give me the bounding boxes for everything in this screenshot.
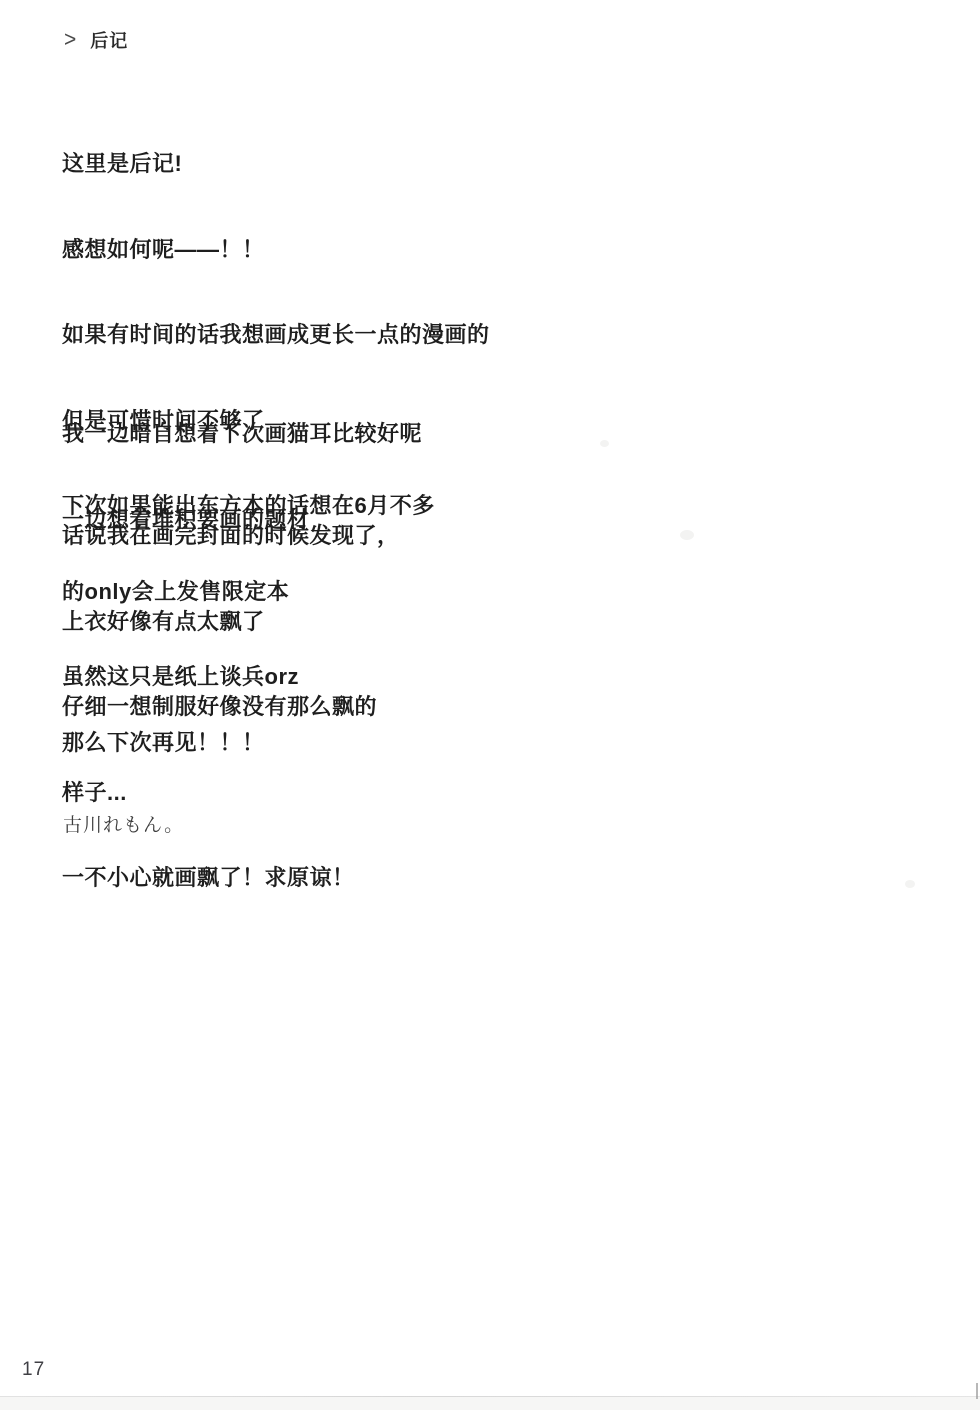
page-number: 17	[22, 1359, 45, 1381]
text-line: 感想如何呢——！！	[62, 236, 490, 265]
page-title: 后记	[90, 27, 128, 53]
text-line: 上衣好像有点太飘了	[62, 608, 400, 637]
text-line: 那么下次再见！！！	[62, 729, 265, 758]
author-signature: 古川れもん。	[63, 810, 184, 837]
afterword-header: > 后记	[64, 27, 128, 53]
text-line: 我一边暗自想着下次画猫耳比较好呢	[62, 420, 422, 449]
paragraph-4: 那么下次再见！！！	[62, 672, 265, 815]
afterword-page: > 后记 这里是后记! 感想如何呢——！！ 如果有时间的话我想画成更长一点的漫画…	[0, 0, 980, 1410]
scan-edge-line	[0, 1396, 980, 1397]
text-line: 这里是后记!	[62, 150, 490, 179]
text-line: 一不小心就画飘了！求原谅！	[62, 864, 400, 893]
scan-artifact	[600, 440, 609, 447]
scan-edge-tick	[976, 1383, 978, 1399]
scan-artifact	[680, 530, 694, 540]
text-line: 话说我在画完封面的时候发现了，	[62, 522, 400, 551]
scan-edge-band	[0, 1397, 980, 1410]
text-line: 如果有时间的话我想画成更长一点的漫画的	[62, 321, 490, 350]
chevron-right-icon: >	[64, 27, 76, 52]
scan-artifact	[905, 880, 915, 888]
